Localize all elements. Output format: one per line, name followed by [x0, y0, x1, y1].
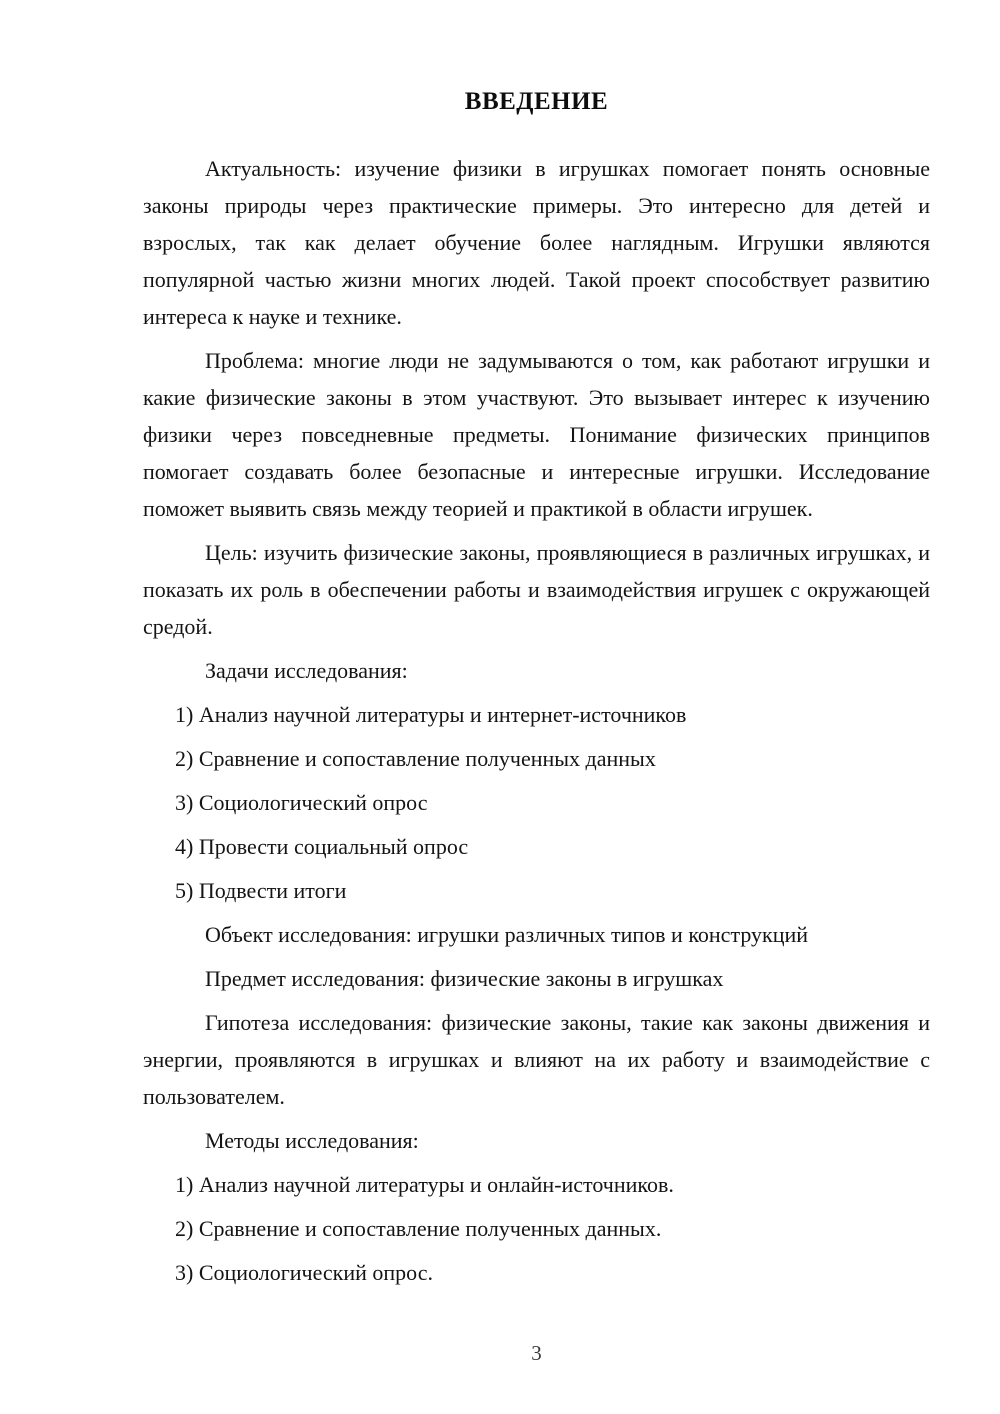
task-item: 3) Социологический опрос [175, 784, 930, 821]
method-item: 1) Анализ научной литературы и онлайн-ис… [175, 1166, 930, 1203]
task-item: 2) Сравнение и сопоставление полученных … [175, 740, 930, 777]
task-item: 1) Анализ научной литературы и интернет-… [175, 696, 930, 733]
document-page: ВВЕДЕНИЕ Актуальность: изучение физики в… [0, 0, 1000, 1414]
task-item: 4) Провести социальный опрос [175, 828, 930, 865]
method-item: 2) Сравнение и сопоставление полученных … [175, 1210, 930, 1247]
page-title: ВВЕДЕНИЕ [143, 88, 930, 116]
paragraph-hypothesis: Гипотеза исследования: физические законы… [143, 1004, 930, 1115]
paragraph-goal: Цель: изучить физические законы, проявля… [143, 534, 930, 645]
subject-line: Предмет исследования: физические законы … [143, 960, 930, 997]
paragraph-problem: Проблема: многие люди не задумываются о … [143, 342, 930, 527]
task-item: 5) Подвести итоги [175, 872, 930, 909]
methods-heading: Методы исследования: [143, 1122, 930, 1159]
object-line: Объект исследования: игрушки различных т… [143, 916, 930, 953]
paragraph-relevance: Актуальность: изучение физики в игрушках… [143, 150, 930, 335]
methods-list: 1) Анализ научной литературы и онлайн-ис… [143, 1166, 930, 1291]
tasks-heading: Задачи исследования: [143, 652, 930, 689]
page-number: 3 [143, 1341, 930, 1366]
tasks-list: 1) Анализ научной литературы и интернет-… [143, 696, 930, 909]
method-item: 3) Социологический опрос. [175, 1254, 930, 1291]
